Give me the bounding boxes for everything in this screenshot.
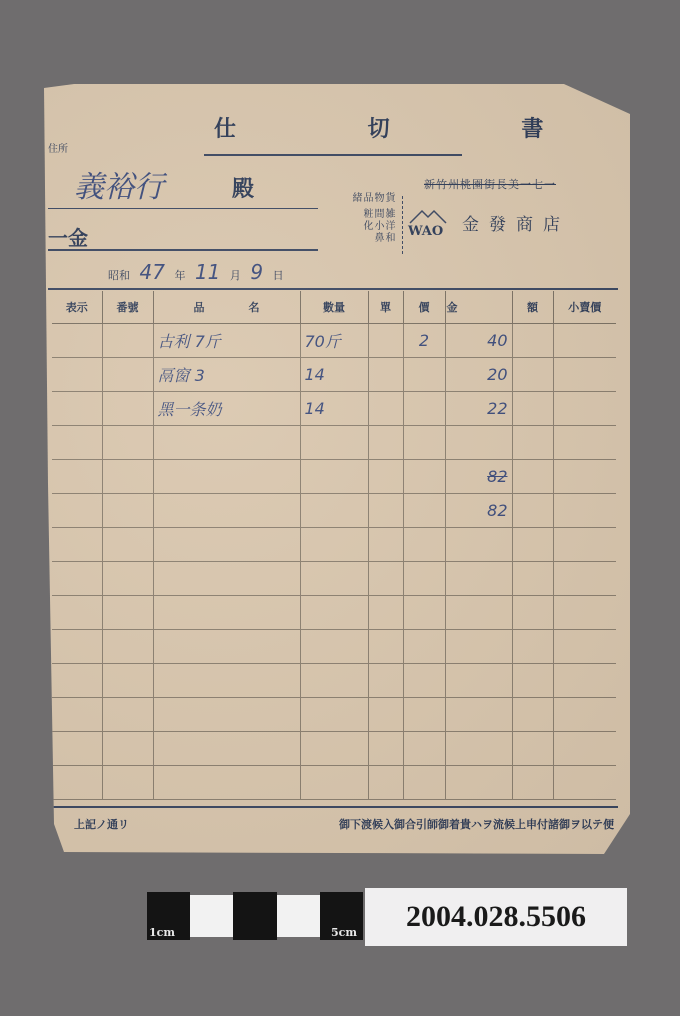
cell-retail — [553, 358, 616, 392]
cell-mark — [52, 494, 102, 528]
cell-amount: 82 — [445, 494, 512, 528]
era-label: 昭和 — [108, 267, 130, 283]
cell-unit — [368, 426, 403, 460]
cell-price — [403, 664, 445, 698]
year-value: 47 — [140, 260, 165, 284]
cell-unit — [368, 460, 403, 494]
footer-right: 御下渡候入御合引師御着貴ハヲ流候上申付諸御ヲ以テ便 — [339, 816, 614, 832]
cell-qty — [300, 460, 368, 494]
cell-qty — [300, 630, 368, 664]
cell-amount2 — [512, 528, 553, 562]
cell-amount: 40 — [445, 324, 512, 358]
cell-item — [153, 460, 300, 494]
cell-amount — [445, 426, 512, 460]
footer-left: 上記ノ通リ — [74, 816, 129, 832]
cell-qty — [300, 528, 368, 562]
address-label: 住所 — [48, 140, 68, 155]
receipt-paper: 仕 切 書 住所 義裕行 殿 一金 昭和 47 年 11 月 9 日 貨物品緒 … — [44, 84, 630, 854]
cell-mark — [52, 426, 102, 460]
cell-mark — [52, 562, 102, 596]
cell-price — [403, 698, 445, 732]
year-label: 年 — [174, 267, 185, 283]
header-amount: 金 — [445, 291, 512, 324]
cell-price — [403, 494, 445, 528]
table-row — [52, 596, 616, 630]
cell-qty — [300, 596, 368, 630]
cell-retail — [553, 460, 616, 494]
cell-unit — [368, 358, 403, 392]
cell-unit — [368, 494, 403, 528]
cell-retail — [553, 766, 616, 800]
cell-amount2 — [512, 698, 553, 732]
cell-retail — [553, 562, 616, 596]
cell-retail — [553, 664, 616, 698]
cell-mark — [52, 596, 102, 630]
cell-number — [102, 460, 153, 494]
cell-retail — [553, 494, 616, 528]
table-row: 82 — [52, 460, 616, 494]
cell-price — [403, 460, 445, 494]
cell-retail — [553, 392, 616, 426]
cell-qty — [300, 494, 368, 528]
cell-amount2 — [512, 460, 553, 494]
cell-number — [102, 528, 153, 562]
cell-item — [153, 766, 300, 800]
cell-item — [153, 426, 300, 460]
cell-number — [102, 664, 153, 698]
header-mark: 表示 — [52, 291, 102, 324]
cell-number — [102, 426, 153, 460]
cell-retail — [553, 324, 616, 358]
cell-item — [153, 664, 300, 698]
cell-unit — [368, 732, 403, 766]
cell-amount — [445, 732, 512, 766]
cell-qty — [300, 732, 368, 766]
month-label: 月 — [230, 267, 241, 283]
cell-qty: 70斤 — [300, 324, 368, 358]
scale-segment — [277, 895, 320, 937]
amount-label: 一金 — [48, 222, 88, 251]
header-price: 價 — [403, 291, 445, 324]
cell-amount2 — [512, 562, 553, 596]
cell-qty: 14 — [300, 358, 368, 392]
table-top-rule — [48, 288, 618, 290]
store-name: 金發商店 — [462, 210, 570, 235]
goods-col-4: 和鼻 — [332, 232, 394, 242]
table-header-row: 表示 番號 品 名 數量 單 價 金 額 小賣價 — [52, 291, 616, 324]
addressee-handwritten: 義裕行 — [74, 162, 164, 206]
table-row — [52, 528, 616, 562]
cell-mark — [52, 766, 102, 800]
cell-unit — [368, 392, 403, 426]
cell-qty: 14 — [300, 392, 368, 426]
cell-price — [403, 426, 445, 460]
cell-amount — [445, 630, 512, 664]
header-number: 番號 — [102, 291, 153, 324]
table-row — [52, 664, 616, 698]
cell-mark — [52, 358, 102, 392]
cell-unit — [368, 630, 403, 664]
cell-item: 古利 7斤 — [153, 324, 300, 358]
cell-qty — [300, 562, 368, 596]
cell-amount: 22 — [445, 392, 512, 426]
cell-price: 2 — [403, 324, 445, 358]
cell-unit — [368, 324, 403, 358]
cell-number — [102, 766, 153, 800]
header-retail: 小賣價 — [553, 291, 616, 324]
table-bottom-rule — [48, 806, 618, 808]
accession-number: 2004.028.5506 — [365, 888, 627, 946]
cell-amount2 — [512, 596, 553, 630]
cell-amount2 — [512, 664, 553, 698]
store-logo: WAO — [408, 208, 448, 239]
cell-price — [403, 732, 445, 766]
cell-mark — [52, 392, 102, 426]
cell-retail — [553, 528, 616, 562]
amount-line — [48, 249, 318, 251]
cell-item — [153, 596, 300, 630]
cell-price — [403, 766, 445, 800]
cell-price — [403, 562, 445, 596]
table-row — [52, 630, 616, 664]
header-unit: 單 — [368, 291, 403, 324]
table-row — [52, 426, 616, 460]
cell-item: 鬲窗 3 — [153, 358, 300, 392]
cell-number — [102, 324, 153, 358]
cell-amount — [445, 596, 512, 630]
addressee-line — [48, 208, 318, 209]
cell-number — [102, 494, 153, 528]
cell-amount — [445, 766, 512, 800]
cell-number — [102, 630, 153, 664]
cell-unit — [368, 562, 403, 596]
cell-qty — [300, 426, 368, 460]
header-item: 品 名 — [153, 291, 300, 324]
cell-amount: 20 — [445, 358, 512, 392]
cell-amount2 — [512, 324, 553, 358]
store-address: 新竹州桃園街長美一七一 — [424, 176, 556, 192]
mountain-logo-icon — [408, 208, 448, 224]
cell-item — [153, 732, 300, 766]
cell-unit — [368, 766, 403, 800]
cell-amount2 — [512, 426, 553, 460]
items-table: 表示 番號 品 名 數量 單 價 金 額 小賣價 古利 7斤70斤240鬲窗 3… — [52, 291, 616, 800]
cell-item — [153, 562, 300, 596]
cell-item: 黑一条奶 — [153, 392, 300, 426]
table-row: 古利 7斤70斤240 — [52, 324, 616, 358]
cell-mark — [52, 528, 102, 562]
cell-amount: 82 — [445, 460, 512, 494]
header-amount2: 額 — [512, 291, 553, 324]
cell-mark — [52, 732, 102, 766]
store-separator — [402, 196, 403, 254]
cell-number — [102, 358, 153, 392]
cell-price — [403, 528, 445, 562]
cell-mark — [52, 664, 102, 698]
goods-col-2: 雑間粧 — [332, 208, 394, 220]
title-underline — [204, 154, 462, 156]
cell-amount2 — [512, 630, 553, 664]
cell-price — [403, 630, 445, 664]
cell-amount2 — [512, 732, 553, 766]
table-row — [52, 732, 616, 766]
cell-amount — [445, 562, 512, 596]
footer-note: 上記ノ通リ 御下渡候入御合引師御着貴ハヲ流候上申付諸御ヲ以テ便 — [74, 816, 614, 832]
cell-price — [403, 358, 445, 392]
cell-unit — [368, 664, 403, 698]
goods-col-3: 洋小化 — [332, 220, 394, 232]
cell-unit — [368, 528, 403, 562]
store-logo-text: WAO — [408, 224, 443, 239]
cell-amount — [445, 528, 512, 562]
cell-amount — [445, 664, 512, 698]
cell-retail — [553, 596, 616, 630]
cell-price — [403, 392, 445, 426]
goods-categories: 貨物品緒 雑間粧 洋小化 和鼻 — [330, 192, 396, 242]
cell-mark — [52, 460, 102, 494]
cell-amount2 — [512, 392, 553, 426]
cell-number — [102, 392, 153, 426]
day-label: 日 — [273, 267, 284, 283]
table-row: 鬲窗 31420 — [52, 358, 616, 392]
header-qty: 數量 — [300, 291, 368, 324]
cell-unit — [368, 698, 403, 732]
cell-item — [153, 630, 300, 664]
addressee-honorific: 殿 — [232, 172, 254, 203]
month-value: 11 — [195, 260, 220, 284]
table-row: 82 — [52, 494, 616, 528]
cell-item — [153, 494, 300, 528]
cell-number — [102, 562, 153, 596]
cell-price — [403, 596, 445, 630]
cell-qty — [300, 698, 368, 732]
table-row — [52, 698, 616, 732]
cell-amount2 — [512, 494, 553, 528]
cell-amount2 — [512, 358, 553, 392]
cell-number — [102, 596, 153, 630]
cell-item — [153, 528, 300, 562]
cell-mark — [52, 630, 102, 664]
scale-segment — [233, 892, 276, 940]
scale-segment — [190, 895, 233, 937]
goods-col-1: 貨物品緒 — [332, 192, 394, 208]
cell-retail — [553, 426, 616, 460]
cell-unit — [368, 596, 403, 630]
table-row — [52, 562, 616, 596]
cell-number — [102, 732, 153, 766]
cell-retail — [553, 732, 616, 766]
table-row — [52, 766, 616, 800]
cell-amount — [445, 698, 512, 732]
scale-label-end: 5cm — [331, 926, 357, 939]
day-value: 9 — [250, 260, 263, 284]
scale-label-start: 1cm — [149, 926, 175, 939]
table-row: 黑一条奶1422 — [52, 392, 616, 426]
date-row: 昭和 47 年 11 月 9 日 — [108, 260, 284, 284]
document-title: 仕 切 書 — [214, 112, 605, 143]
cell-number — [102, 698, 153, 732]
cell-mark — [52, 698, 102, 732]
cell-qty — [300, 664, 368, 698]
cell-mark — [52, 324, 102, 358]
cell-item — [153, 698, 300, 732]
cell-amount2 — [512, 766, 553, 800]
cell-qty — [300, 766, 368, 800]
cell-retail — [553, 698, 616, 732]
cell-retail — [553, 630, 616, 664]
